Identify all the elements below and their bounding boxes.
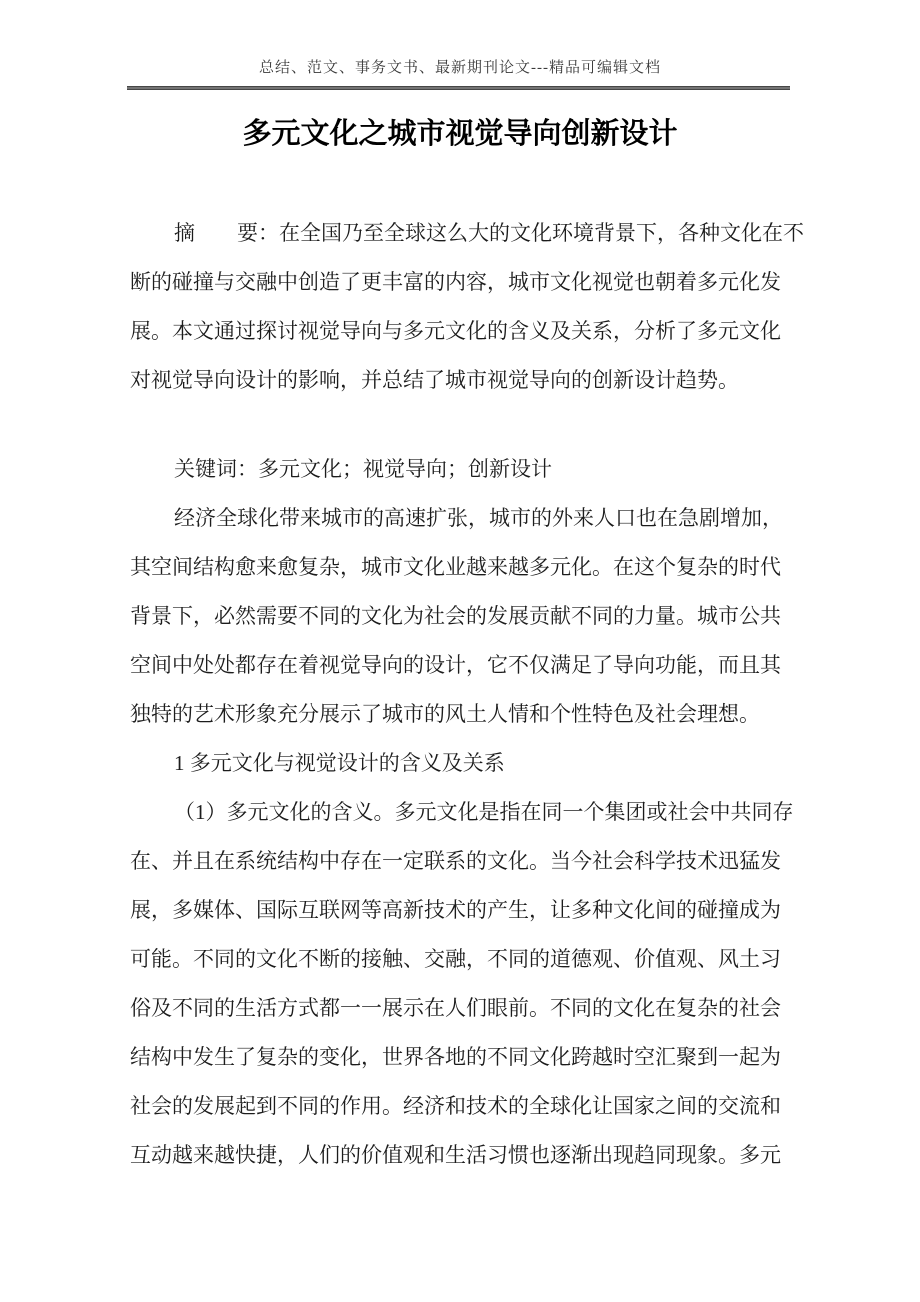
section1-heading: 1 多元文化与视觉设计的含义及关系 [130, 739, 790, 788]
abstract-line: 展。本文通过探讨视觉导向与多元文化的含义及关系，分析了多元文化 [130, 307, 790, 356]
section1-para-line: 俗及不同的生活方式都一一展示在人们眼前。不同的文化在复杂的社会 [130, 984, 790, 1033]
header-notice: 总结、范文、事务文书、最新期刊论文---精品可编辑文档 [0, 0, 920, 79]
document-title: 多元文化之城市视觉导向创新设计 [130, 113, 790, 155]
intro-line: 背景下，必然需要不同的文化为社会的发展贡献不同的力量。城市公共 [130, 592, 790, 641]
intro-line: 独特的艺术形象充分展示了城市的风土人情和个性特色及社会理想。 [130, 690, 790, 739]
section1-para-line: （1）多元文化的含义。多元文化是指在同一个集团或社会中共同存 [130, 788, 790, 837]
keywords-line: 关键词：多元文化；视觉导向；创新设计 [130, 445, 790, 494]
document-page: 总结、范文、事务文书、最新期刊论文---精品可编辑文档 多元文化之城市视觉导向创… [0, 0, 920, 1302]
section1-para-line: 社会的发展起到不同的作用。经济和技术的全球化让国家之间的交流和 [130, 1082, 790, 1131]
intro-line: 其空间结构愈来愈复杂，城市文化业越来越多元化。在这个复杂的时代 [130, 543, 790, 592]
section1-para-line: 互动越来越快捷，人们的价值观和生活习惯也逐渐出现趋同现象。多元 [130, 1131, 790, 1180]
section1-para-line: 展，多媒体、国际互联网等高新技术的产生，让多种文化间的碰撞成为 [130, 886, 790, 935]
section1-para-line: 结构中发生了复杂的变化，世界各地的不同文化跨越时空汇聚到一起为 [130, 1033, 790, 1082]
intro-line: 经济全球化带来城市的高速扩张，城市的外来人口也在急剧增加， [130, 494, 790, 543]
intro-line: 空间中处处都存在着视觉导向的设计，它不仅满足了导向功能，而且其 [130, 641, 790, 690]
abstract-line: 对视觉导向设计的影响，并总结了城市视觉导向的创新设计趋势。 [130, 356, 790, 405]
abstract-line: 断的碰撞与交融中创造了更丰富的内容，城市文化视觉也朝着多元化发 [130, 258, 790, 307]
section1-para-line: 在、并且在系统结构中存在一定联系的文化。当今社会科学技术迅猛发 [130, 837, 790, 886]
document-body: 摘 要：在全国乃至全球这么大的文化环境背景下，各种文化在不 断的碰撞与交融中创造… [130, 209, 790, 1180]
header-divider [127, 86, 790, 90]
section1-para-line: 可能。不同的文化不断的接触、交融，不同的道德观、价值观、风土习 [130, 935, 790, 984]
abstract-line: 摘 要：在全国乃至全球这么大的文化环境背景下，各种文化在不 [130, 209, 790, 258]
